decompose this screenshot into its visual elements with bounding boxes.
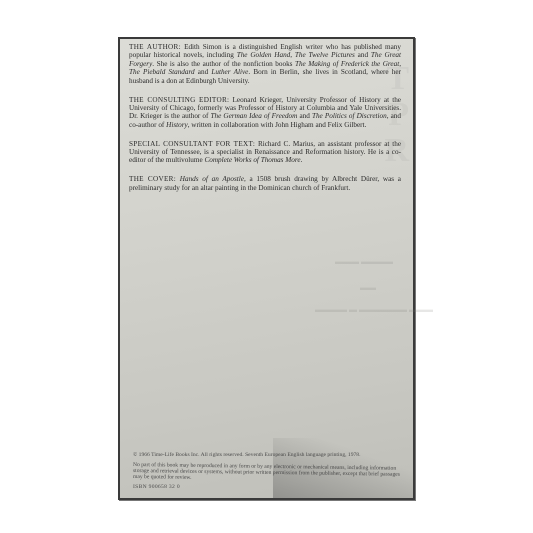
credit-paragraph: SPECIAL CONSULTANT FOR TEXT: Richard C. … bbox=[129, 140, 401, 165]
bleed-through-text: ▬▬ bbox=[360, 283, 376, 292]
credit-paragraph: THE CONSULTING EDITOR: Leonard Krieger, … bbox=[129, 96, 401, 130]
credit-heading: THE AUTHOR: bbox=[129, 43, 181, 51]
rights-notice: No part of this book may be reproduced i… bbox=[133, 462, 405, 484]
copyright-line: © 1966 Time-Life Books Inc. All rights r… bbox=[133, 452, 405, 458]
work-title: The Politics of Discretion bbox=[312, 112, 387, 120]
credit-heading: THE CONSULTING EDITOR: bbox=[129, 96, 229, 104]
credit-text: . She is also the author of the nonficti… bbox=[152, 60, 295, 68]
credit-paragraph: THE AUTHOR: Edith Simon is a distinguish… bbox=[129, 43, 401, 85]
work-title: The Golden Hand bbox=[237, 51, 291, 59]
credit-text: and bbox=[355, 51, 371, 59]
isbn: ISBN 900658 32 0 bbox=[133, 484, 405, 490]
credit-text: and bbox=[195, 68, 212, 76]
credit-heading: THE COVER: bbox=[129, 175, 176, 183]
bleed-through-text: ▬▬▬ ▬▬▬▬ bbox=[335, 257, 393, 266]
work-title: Luther Alive bbox=[211, 68, 248, 76]
work-title: Hands of an Apostle bbox=[180, 175, 244, 183]
credit-heading: SPECIAL CONSULTANT FOR TEXT: bbox=[129, 140, 255, 148]
work-title: The German Idea of Freedom bbox=[211, 112, 298, 120]
credit-text: , written in collaboration with John Hig… bbox=[188, 121, 367, 129]
credits-content: THE AUTHOR: Edith Simon is a distinguish… bbox=[129, 43, 401, 203]
credit-text: . bbox=[301, 156, 303, 164]
credit-paragraph: THE COVER: Hands of an Apostle, a 1508 b… bbox=[129, 175, 401, 192]
work-title: Complete Works of Thomas More bbox=[204, 156, 300, 164]
credit-text: , bbox=[399, 60, 401, 68]
credit-text: and bbox=[297, 112, 312, 120]
bleed-through-text: ▬▬▬▬ ▬ ▬▬▬▬▬▬ ▬▬▬ bbox=[315, 305, 433, 314]
book-page: TPR ▬▬▬ ▬▬▬▬ ▬▬ ▬▬▬▬ ▬ ▬▬▬▬▬▬ ▬▬▬ THE AU… bbox=[118, 37, 415, 500]
work-title: History bbox=[166, 121, 188, 129]
work-title: The Twelve Pictures bbox=[295, 51, 355, 59]
work-title: The Piebald Standard bbox=[129, 68, 195, 76]
work-title: The Making of Frederick the Great bbox=[295, 60, 399, 68]
copyright-block: © 1966 Time-Life Books Inc. All rights r… bbox=[133, 452, 405, 491]
